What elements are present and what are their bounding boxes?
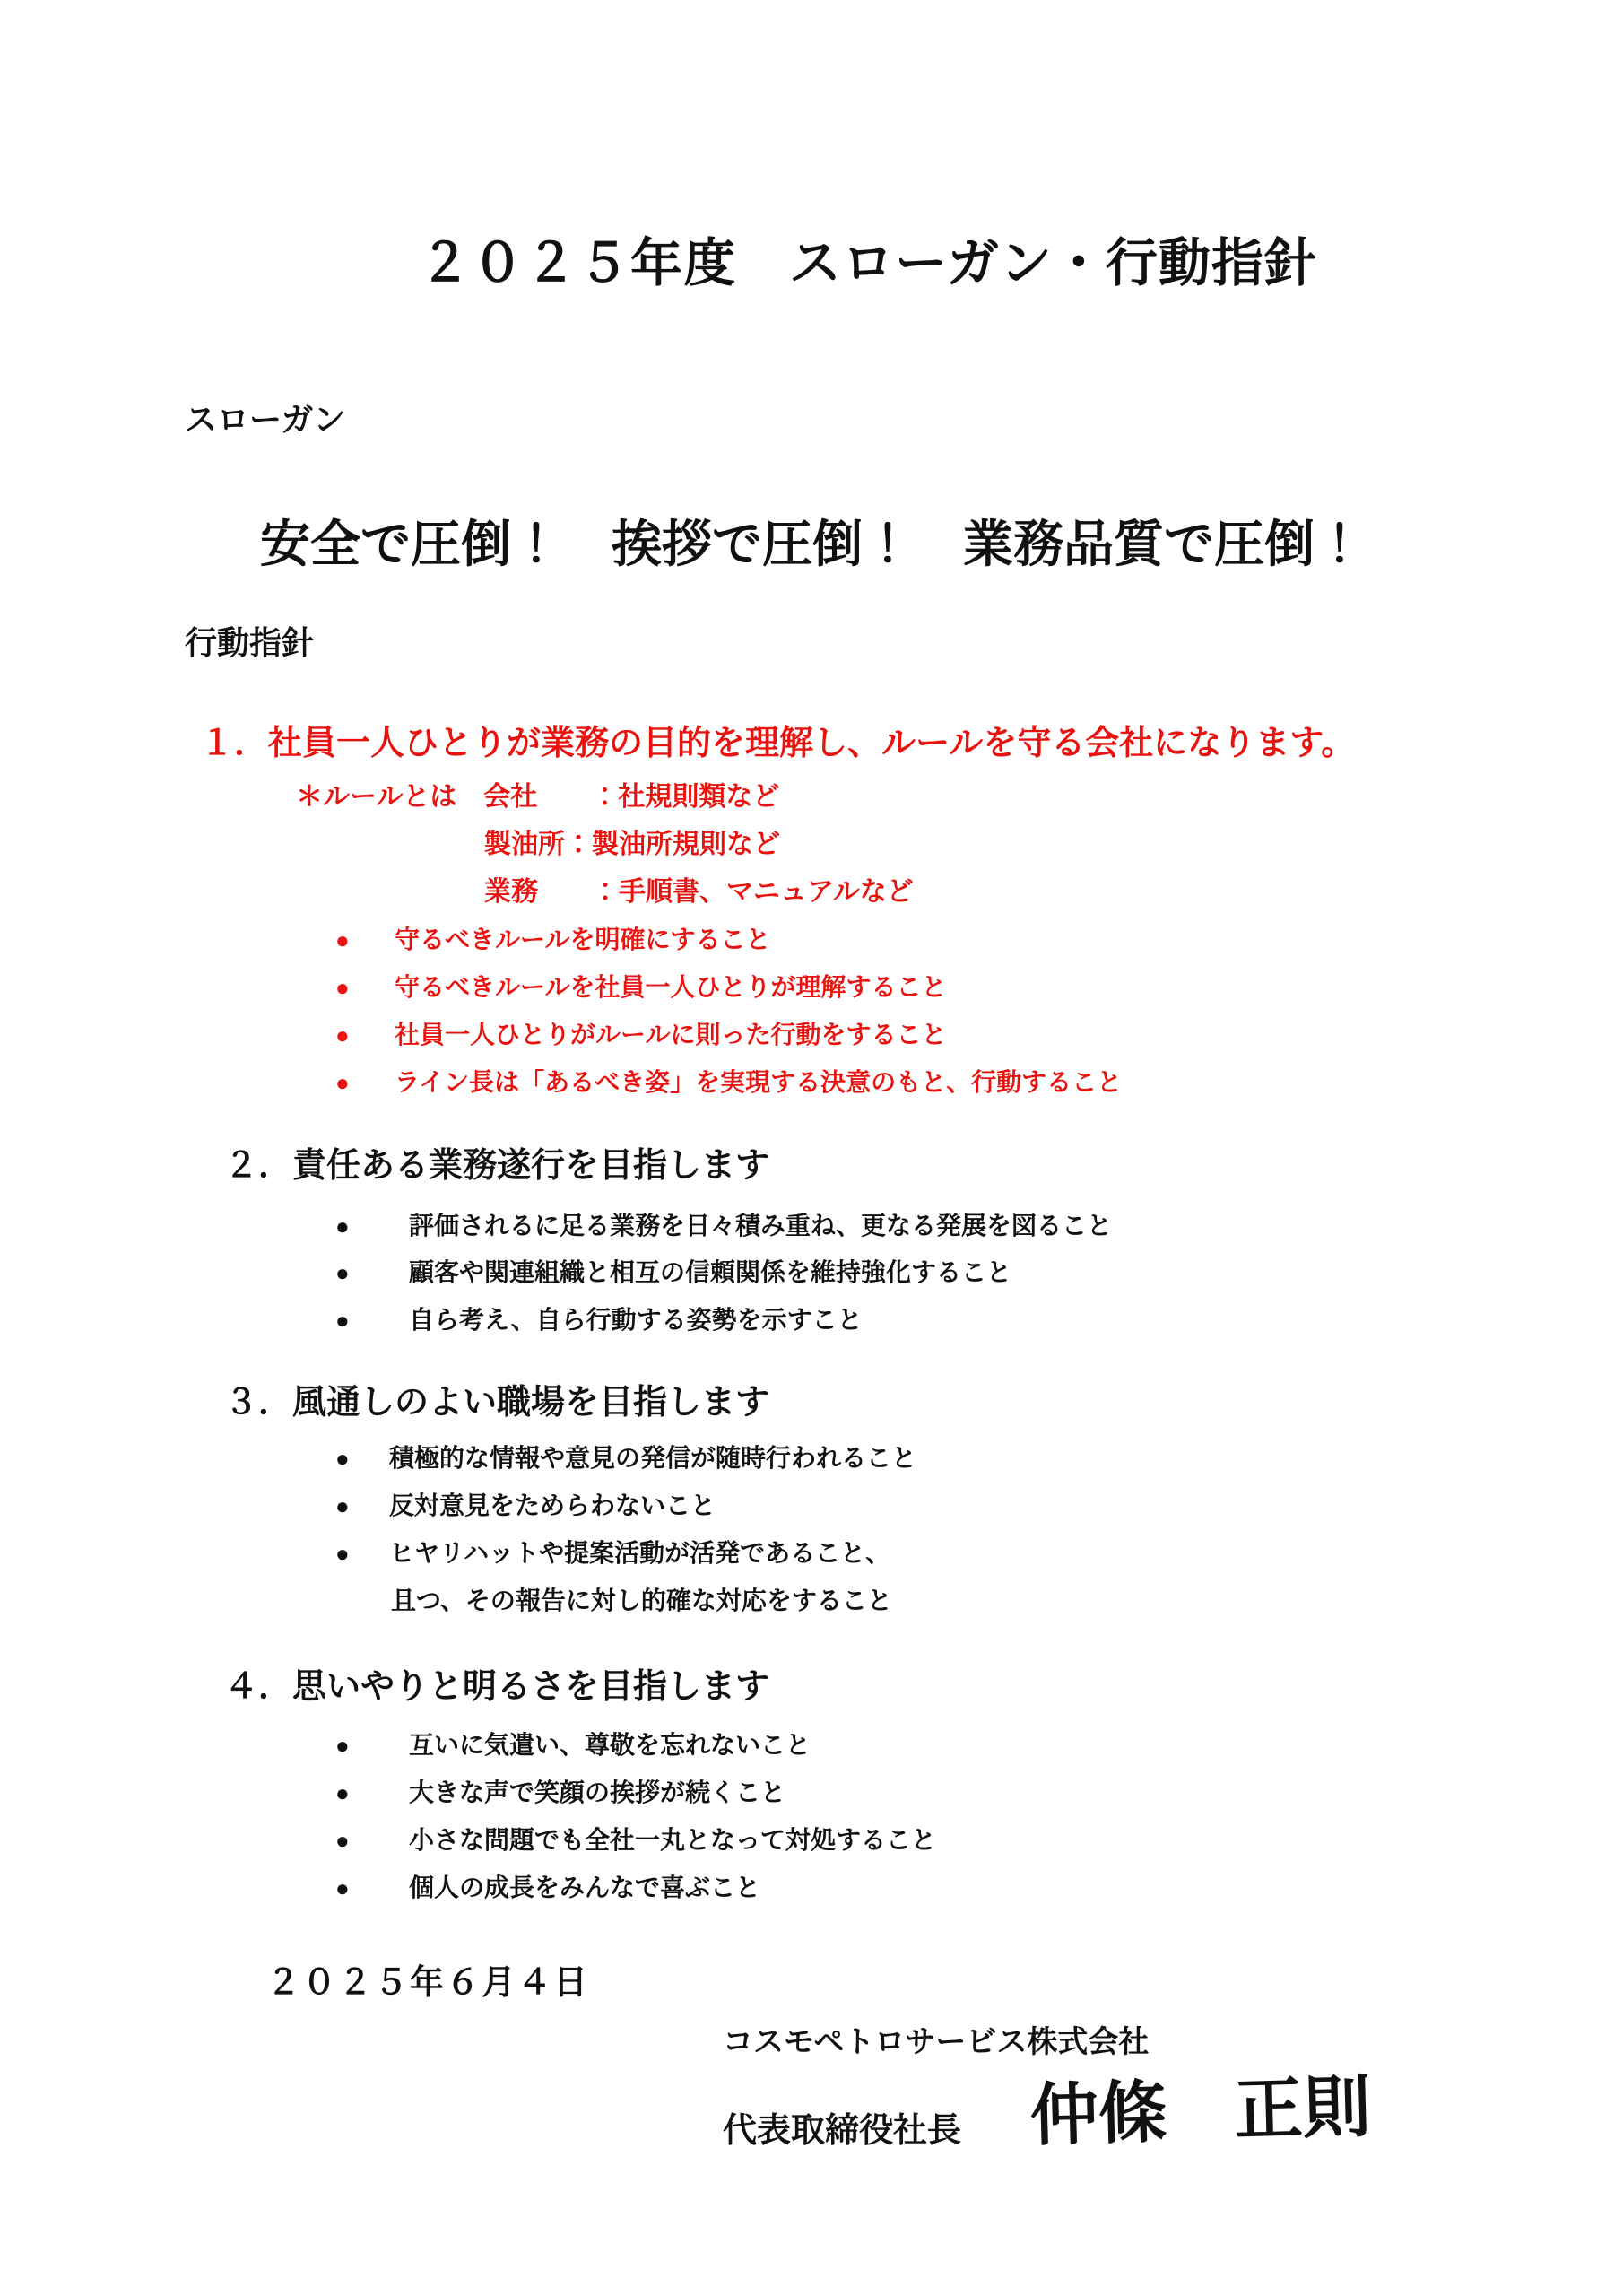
bullet-icon: ●	[335, 1260, 409, 1286]
guideline-item: ●ライン長は「あるべき姿」を実現する決意のもと、行動すること	[335, 1068, 1122, 1096]
bullet-icon: ●	[335, 1780, 409, 1806]
guideline-item-text: 小さな問題でも全社一丸となって対処すること	[409, 1826, 936, 1854]
guideline-item-text: 守るべきルールを社員一人ひとりが理解すること	[395, 973, 946, 1001]
guideline-item-text: 自ら考え、自ら行動する姿勢を示すこと	[409, 1306, 863, 1334]
section3-heading: ３．風通しのよい職場を目指します	[224, 1384, 769, 1422]
guideline-item: ●大きな声で笑顔の挨拶が続くこと	[335, 1779, 785, 1806]
guideline-item-text: 互いに気遣い、尊敬を忘れないこと	[409, 1731, 811, 1759]
guideline-item: ●ヒヤリハットや提案活動が活発であること、	[335, 1539, 890, 1567]
guideline-item: ●守るべきルールを社員一人ひとりが理解すること	[335, 973, 946, 1001]
section1-note: 業務 ：手順書、マニュアルなど	[484, 877, 914, 908]
company-name: コスモペトロサービス株式会社	[723, 2025, 1149, 2059]
section2-heading: ２．責任ある業務遂行を目指します	[224, 1147, 769, 1186]
bullet-icon: ●	[335, 1875, 409, 1901]
section1-note: ＊ルールとは 会社 ：社規則類など	[296, 782, 779, 813]
bullet-icon: ●	[335, 1022, 395, 1048]
bullet-icon: ●	[335, 975, 395, 1001]
bullet-icon: ●	[335, 1308, 409, 1334]
guideline-item: ●互いに気遣い、尊敬を忘れないこと	[335, 1731, 811, 1759]
guideline-item-text: 個人の成長をみんなで喜ぶこと	[409, 1874, 760, 1901]
guideline-item-text: 反対意見をためらわないこと	[389, 1492, 716, 1519]
slogan-label: スローガン	[185, 402, 345, 438]
guidelines-label: 行動指針	[185, 625, 314, 661]
document-page: ２０２５年度 スローガン・行動指針 スローガン 安全で圧倒！ 挨拶で圧倒！ 業務…	[0, 0, 1623, 2296]
guideline-item: ●守るべきルールを明確にすること	[335, 926, 770, 953]
guideline-item-text: 社員一人ひとりがルールに則った行動をすること	[395, 1021, 946, 1048]
bullet-icon: ●	[335, 1541, 389, 1567]
president-signature: 仲條 正則	[1029, 2068, 1372, 2153]
bullet-icon: ●	[335, 1446, 389, 1472]
bullet-icon: ●	[335, 927, 395, 953]
section4-heading: ４．思いやりと明るさを目指します	[224, 1668, 769, 1707]
guideline-item-text: 顧客や関連組織と相互の信頼関係を維持強化すること	[409, 1258, 1011, 1286]
section1-heading: １．社員一人ひとりが業務の目的を理解し、ルールを守る会社になります。	[200, 725, 1355, 763]
bullet-icon: ●	[335, 1213, 409, 1239]
guideline-item: ●個人の成長をみんなで喜ぶこと	[335, 1874, 760, 1901]
guideline-item: ●反対意見をためらわないこと	[335, 1492, 716, 1519]
guideline-item: ●小さな問題でも全社一丸となって対処すること	[335, 1826, 936, 1854]
guideline-item-text: ヒヤリハットや提案活動が活発であること、	[389, 1539, 890, 1567]
slogan-text: 安全で圧倒！ 挨拶で圧倒！ 業務品質で圧倒！	[260, 517, 1365, 573]
bullet-icon: ●	[335, 1828, 409, 1854]
bullet-icon: ●	[335, 1733, 409, 1759]
signer-title: 代表取締役社長	[723, 2112, 961, 2151]
guideline-item: ●積極的な情報や意見の発信が随時行われること	[335, 1444, 916, 1472]
guideline-item-text: 評価されるに足る業務を日々積み重ね、更なる発展を図ること	[409, 1212, 1112, 1239]
guideline-item: ●自ら考え、自ら行動する姿勢を示すこと	[335, 1306, 863, 1334]
guideline-item: ●社員一人ひとりがルールに則った行動をすること	[335, 1021, 946, 1048]
guideline-item-text: 大きな声で笑顔の挨拶が続くこと	[409, 1779, 785, 1806]
guideline-item-text: 積極的な情報や意見の発信が随時行われること	[389, 1444, 916, 1472]
section1-note: 製油所：製油所規則など	[484, 830, 780, 860]
guideline-item-text: ライン長は「あるべき姿」を実現する決意のもと、行動すること	[395, 1068, 1122, 1096]
issue-date: ２０２５年６月４日	[266, 1964, 589, 2003]
bullet-icon: ●	[335, 1070, 395, 1096]
bullet-icon: ●	[335, 1493, 389, 1519]
guideline-item-continuation: 且つ、その報告に対し的確な対応をすること	[391, 1587, 892, 1614]
guideline-item: ●評価されるに足る業務を日々積み重ね、更なる発展を図ること	[335, 1212, 1112, 1239]
page-title: ２０２５年度 スローガン・行動指針	[419, 235, 1317, 293]
guideline-item-text: 守るべきルールを明確にすること	[395, 926, 770, 953]
guideline-item: ●顧客や関連組織と相互の信頼関係を維持強化すること	[335, 1258, 1011, 1286]
